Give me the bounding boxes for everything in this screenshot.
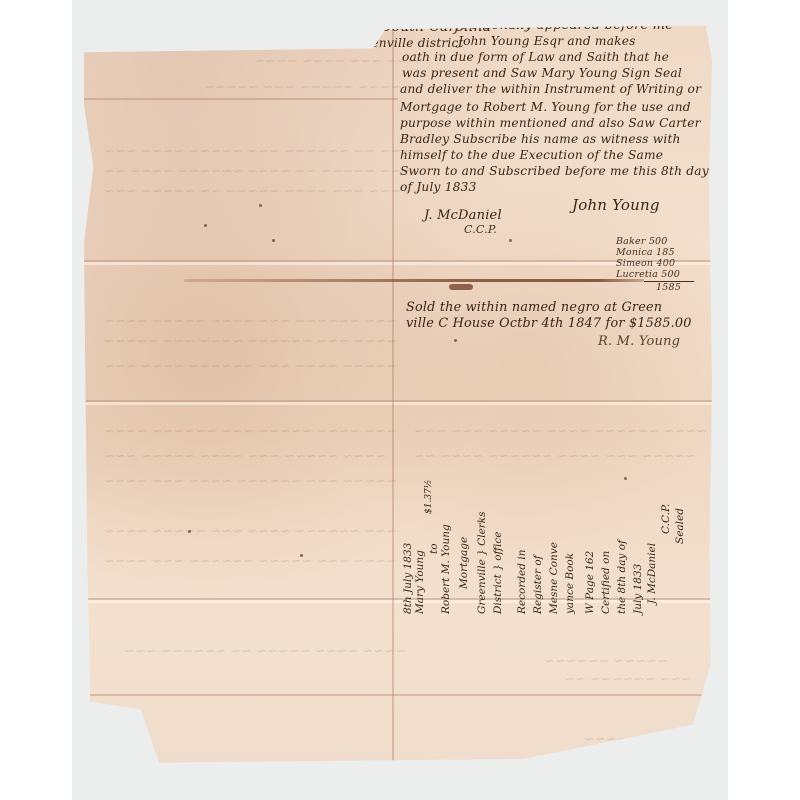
docket-clerk: J. McDaniel — [646, 543, 658, 604]
ink-speck — [259, 204, 262, 207]
docket-instrument: Mortgage — [458, 537, 470, 589]
fold-line-vertical — [392, 14, 394, 778]
ink-speck — [509, 239, 512, 242]
bleed-through-text: ~~~~~ ~~~~~~ — [544, 654, 668, 669]
bleed-through-text: ~~~ ~~~~~~ ~~~~ ~~~ ~~~~~ ~~~~ — [104, 524, 397, 539]
tally-entry: Simeon 400 — [616, 258, 675, 269]
tally-entry: Monica 185 — [616, 247, 675, 258]
signature-rm-young: R. M. Young — [598, 334, 680, 349]
sale-note-line-1: Sold the within named negro at Green — [406, 300, 662, 316]
docket-office-1: Greenville } Clerks — [476, 511, 488, 614]
bleed-through-text: ~~~ ~~~~~~ ~~~ ~~~~ ~~~~~ ~~~~ — [104, 314, 397, 329]
bleed-through-text: ~~~~~ ~~~ ~~~~~~ ~~~~ ~~~ ~~~~ — [104, 474, 397, 489]
signature-john-young: John Young — [572, 196, 660, 214]
affidavit-line-6: Mortgage to Robert M. Young for the use … — [400, 100, 691, 116]
ink-speck — [204, 224, 207, 227]
affidavit-line-5: and deliver the within Instrument of Wri… — [400, 82, 701, 98]
bleed-through-text: ~~~~ ~~~ ~~~~~~ ~~~~ ~~~ ~~~~~ — [104, 334, 397, 349]
bleed-through-text: ~~~~~ ~~~ ~~~~ ~~~~~ ~~ ~~~~~ ~~~ — [104, 184, 423, 199]
bleed-through-text: ~~~~ ~~~ ~~~~~ ~~~~~~ ~~~ ~~~~ — [104, 554, 397, 569]
affidavit-line-10: Sworn to and Subscribed before me this 8… — [400, 164, 709, 180]
tally-total: 1585 — [656, 282, 681, 293]
docket-mesne: Mesne Conve — [548, 542, 560, 614]
docket-to: to — [428, 543, 440, 554]
ink-speck — [454, 339, 457, 342]
affidavit-line-8: Bradley Subscribe his name as witness wi… — [400, 132, 681, 148]
ink-speck — [624, 477, 627, 480]
docket-certified: Certified on — [600, 551, 612, 614]
docket-day: the 8th day of — [616, 540, 628, 614]
bleed-through-text: ~~~~ ~~~~~~ ~~~~ ~~~~~ ~~~ ~~~ — [414, 424, 707, 439]
signature-mcdaniel: J. McDaniel — [424, 208, 502, 223]
ink-stain-streak — [184, 279, 644, 282]
docket-office-2: District } office — [492, 532, 504, 614]
bleed-through-text: ~~~~ ~~~~~ ~~~ ~~~~ ~~~~~ ~~~ — [104, 449, 386, 464]
docket-clerk-title: C.C.P. — [660, 504, 672, 534]
docket-fee: $1.37½ — [424, 480, 434, 515]
fold-line-horizontal — [84, 694, 712, 696]
affidavit-line-2: John Young Esqr and makes — [458, 34, 636, 50]
bleed-through-text: ~~~ ~~~ ~~~~ ~~~~ — [254, 54, 419, 69]
ink-speck — [188, 530, 191, 533]
fold-crease — [84, 402, 712, 405]
ink-blot — [449, 284, 473, 290]
affidavit-line-3: oath in due form of Law and Saith that h… — [402, 50, 669, 66]
tally-entry: Baker 500 — [616, 236, 668, 247]
docket-sealed: Sealed — [674, 508, 686, 544]
affidavit-line-7: purpose within mentioned and also Saw Ca… — [400, 116, 701, 132]
bleed-through-text: ~~~~~ ~~~ ~~~~ ~~~~~~ ~~~~ ~~ — [414, 449, 696, 464]
docket-date: 8th July 1833 — [402, 543, 414, 614]
bleed-through-text: ~~~ ~~~~ ~~~~~ ~~~ ~~~~~~ ~~~~ — [104, 424, 397, 439]
bleed-through-text: ~~~ ~~~~~~ ~~ — [564, 672, 692, 687]
affidavit-line-11: of July 1833 — [400, 180, 477, 196]
bleed-through-text: ~~~~ ~~~~~ ~~~ ~~~~~ — [204, 80, 402, 95]
ink-speck — [300, 554, 303, 557]
fold-line-horizontal — [84, 98, 398, 100]
tally-entry: Lucretia 500 — [616, 269, 680, 280]
docket-cert-date: July 1833 — [632, 564, 644, 614]
sale-note-line-2: ville C House Octbr 4th 1847 for $1585.0… — [406, 316, 692, 332]
affidavit-line-9: himself to the due Execution of the Same — [400, 148, 663, 164]
docket-recorded: Recorded in — [516, 550, 528, 614]
affidavit-line-4: was present and Saw Mary Young Sign Seal — [402, 66, 682, 82]
bleed-through-text: ~~~~~ ~~~~ ~~~ ~~~~~~ ~~~~ ~~~ — [104, 359, 397, 374]
ink-speck — [272, 239, 275, 242]
bleed-through-text: ~~~~ ~~~~ ~~~~~ ~~ ~~~~~~ ~~~ — [124, 644, 406, 659]
signature-mcdaniel-title: C.C.P. — [464, 224, 497, 235]
bleed-through-text: ~~~ ~~~~~ ~~ ~~~~ ~~~~~~ ~~~~ ~~ — [104, 164, 412, 179]
bleed-through-text: ~~~~ ~~ ~~~~~~ ~~~ ~~~~~ ~~~~ ~~~ — [104, 144, 423, 159]
document-sheet: ~~~ ~~~ ~~~~ ~~~~ ~~~~ ~~~~~ ~~~ ~~~~~ ~… — [84, 14, 712, 778]
docket-book: yance Book — [564, 553, 576, 614]
docket-party-1: Mary Young — [414, 550, 426, 614]
docket-page: W Page 162 — [584, 551, 596, 614]
docket-party-2: Robert M. Young — [440, 524, 452, 614]
docket-register: Register of — [532, 555, 544, 614]
